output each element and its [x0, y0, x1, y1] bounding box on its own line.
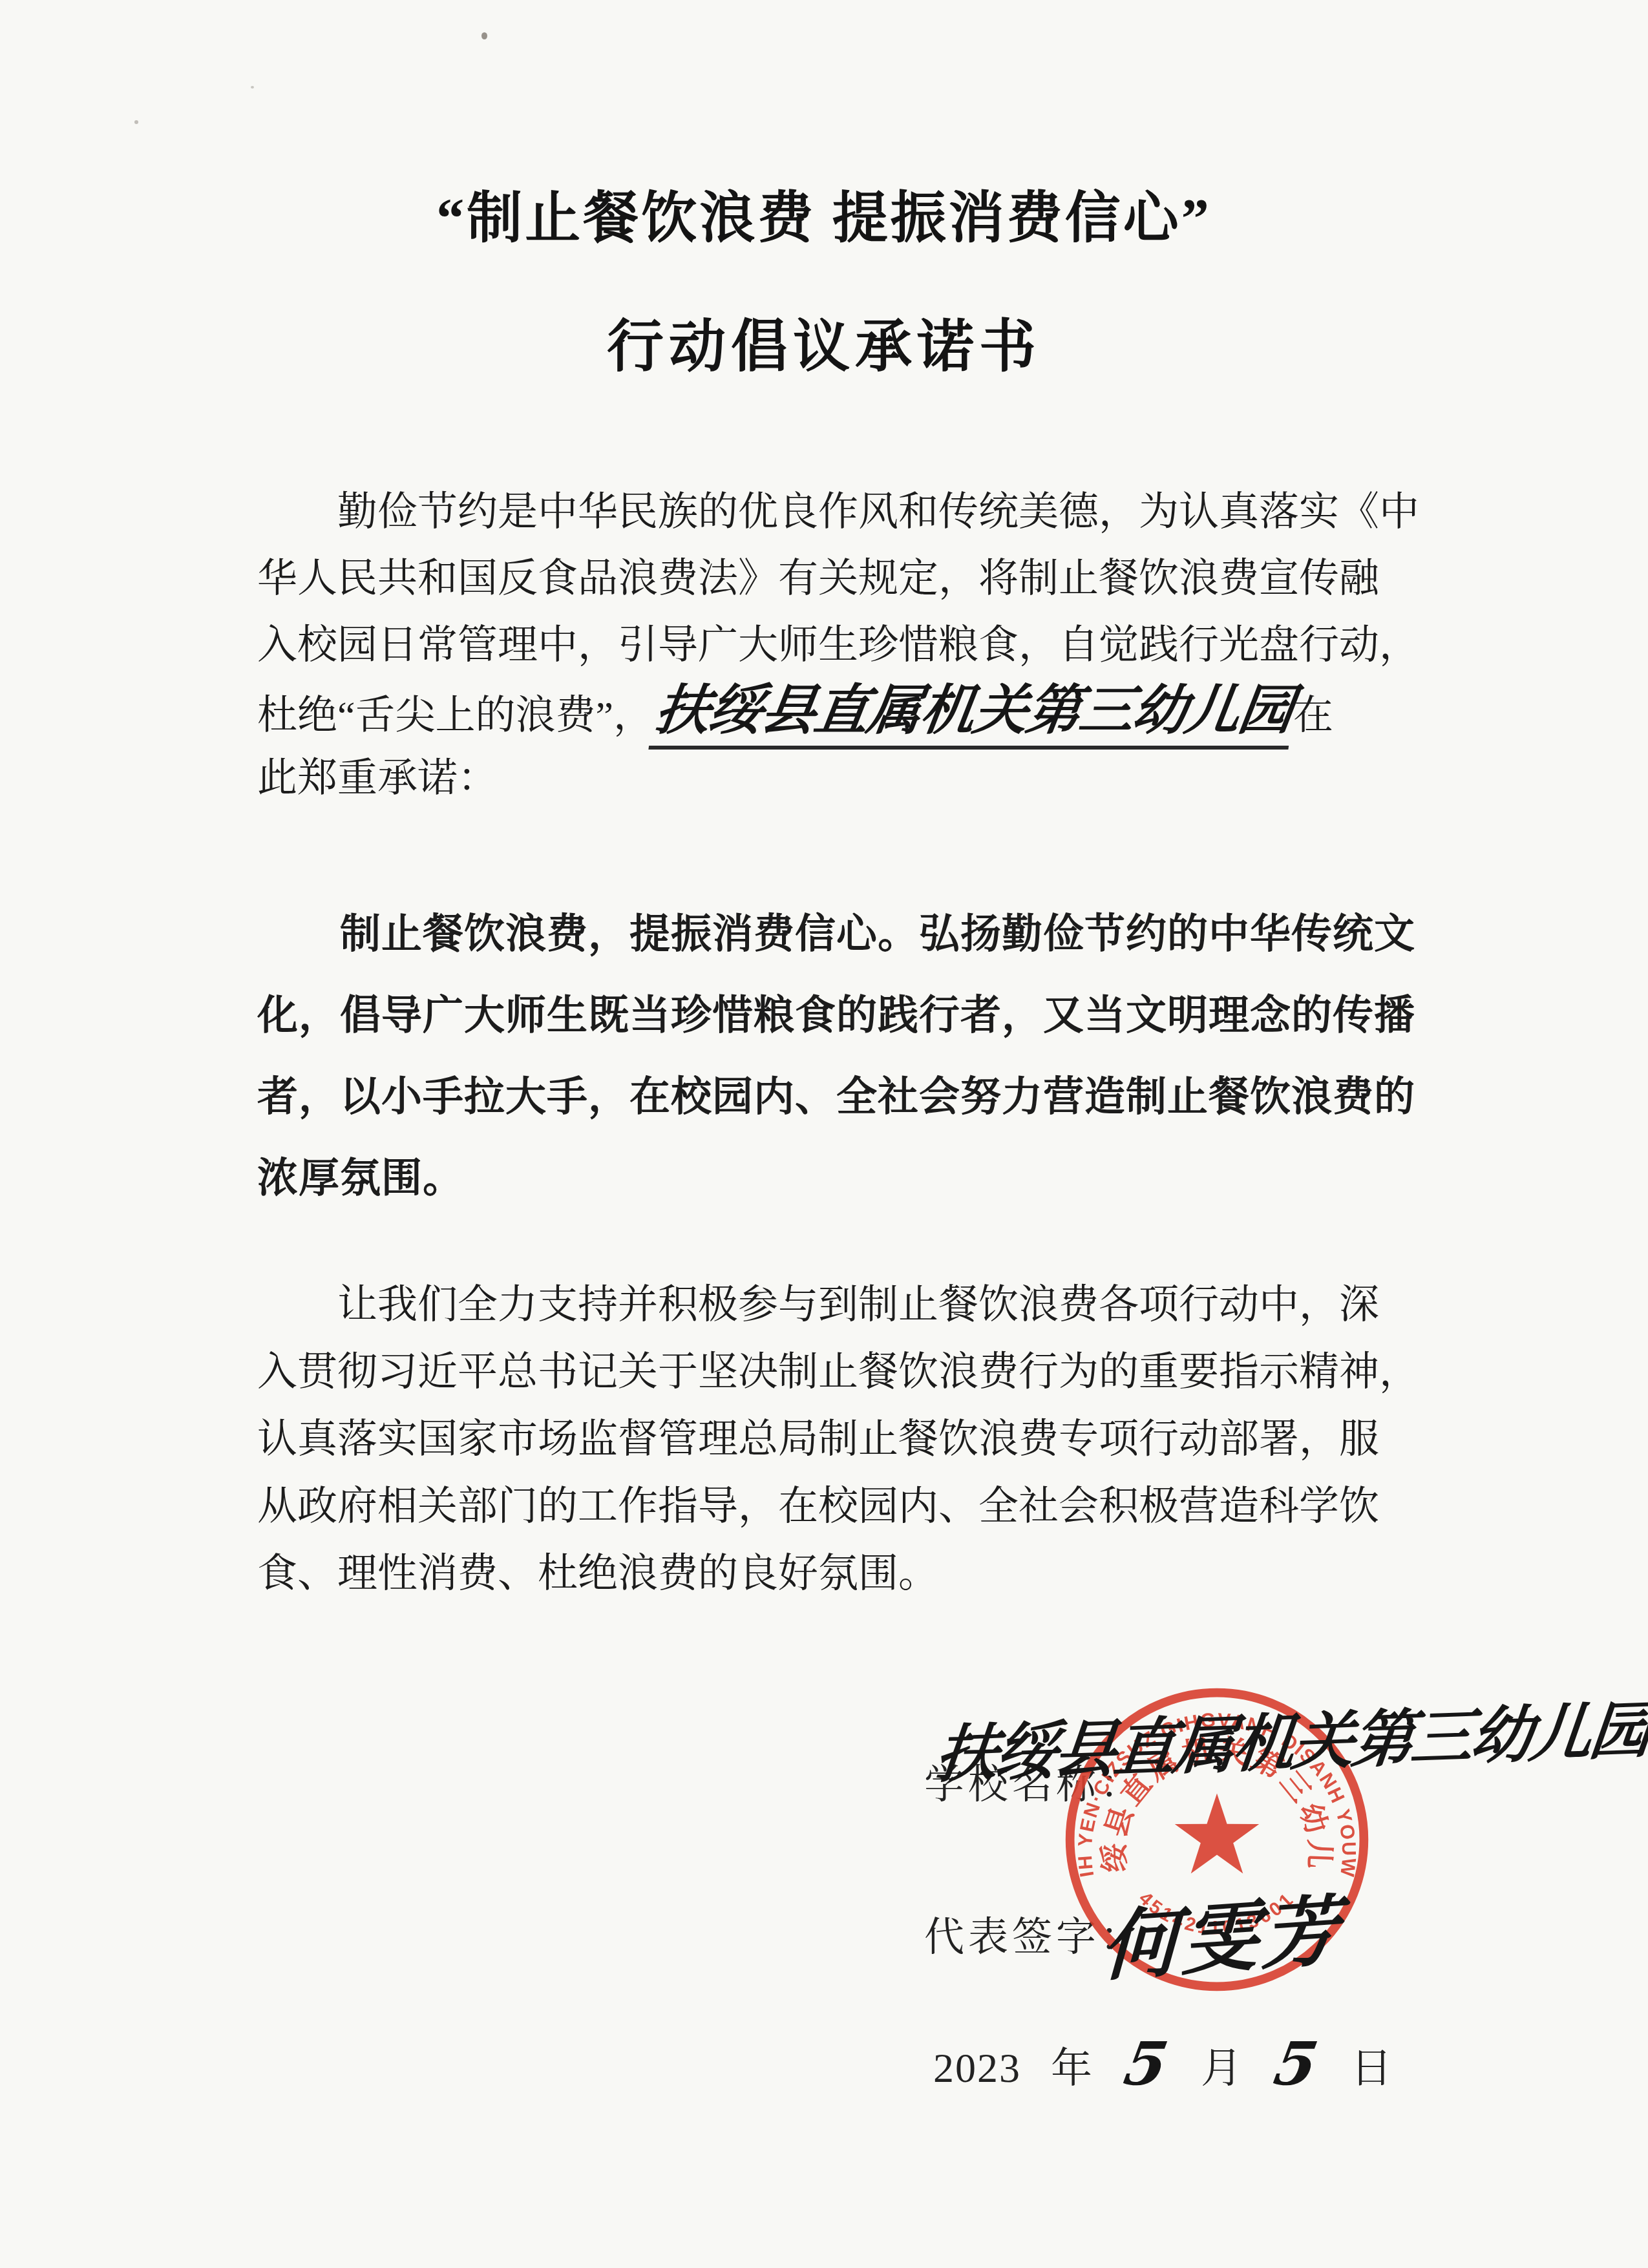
paragraph-pledge-bold: 制止餐饮浪费，提振消费信心。弘扬勤俭节约的中华传统文化，倡导广大师生既当珍惜粮食…	[257, 893, 1427, 1219]
text-line: 勤俭节约是中华民族的优良作风和传统美德，为认真落实《中	[257, 479, 1427, 546]
red-star-icon	[1175, 1793, 1260, 1873]
text-line: 食、理性消费、杜绝浪费的良好氛围。	[257, 1540, 1427, 1608]
line4-suffix: 在	[1293, 694, 1333, 738]
text-line: 制止餐饮浪费，提振消费信心。弘扬勤俭节约的中华传统文	[257, 893, 1427, 974]
text-line: 入贯彻习近平总书记关于坚决制止餐饮浪费行为的重要指示精神，	[257, 1339, 1427, 1406]
scanned-pledge-document: “制止餐饮浪费 提振消费信心” 行动倡议承诺书 勤俭节约是中华民族的优良作风和传…	[0, 0, 1648, 2268]
paragraph-intro: 勤俭节约是中华民族的优良作风和传统美德，为认真落实《中华人民共和国反食品浪费法》…	[257, 479, 1427, 812]
text-line: 让我们全力支持并积极参与到制止餐饮浪费各项行动中，深	[257, 1272, 1427, 1339]
line-promise: 此郑重承诺：	[257, 746, 1427, 812]
school-name-handwritten-footer: 扶绥县直属机关第三幼儿园	[931, 1681, 1648, 1803]
text-line: 者，以小手拉大手，在校园内、全社会努力营造制止餐饮浪费的	[257, 1056, 1427, 1137]
date-month-unit: 月	[1201, 2045, 1243, 2091]
text-line: 浓厚氛围。	[257, 1137, 1427, 1219]
line-with-blank: 杜绝“舌尖上的浪费”，扶绥县直属机关第三幼儿园在	[257, 679, 1427, 746]
school-name-handwritten-inline: 扶绥县直属机关第三幼儿园	[648, 679, 1298, 750]
text-line: 从政府相关部门的工作指导，在校园内、全社会积极营造科学饮	[257, 1473, 1427, 1540]
scan-speck	[481, 32, 487, 39]
paragraph-action: 让我们全力支持并积极参与到制止餐饮浪费各项行动中，深入贯彻习近平总书记关于坚决制…	[257, 1272, 1427, 1608]
date-day-unit: 日	[1351, 2045, 1393, 2091]
document-title: “制止餐饮浪费 提振消费信心”	[0, 173, 1648, 253]
line4-prefix: 杜绝“舌尖上的浪费”，	[257, 694, 653, 738]
date-month-handwritten: 5	[1119, 2032, 1174, 2096]
date-line: 2023 年 5 月 5 日	[924, 2029, 1402, 2101]
paragraph-intro-lines: 勤俭节约是中华民族的优良作风和传统美德，为认真落实《中华人民共和国反食品浪费法》…	[257, 479, 1427, 679]
text-line: 认真落实国家市场监督管理总局制止餐饮浪费专项行动部署，服	[257, 1406, 1427, 1473]
scan-speck	[134, 120, 138, 124]
scan-speck	[251, 86, 254, 89]
text-line: 化，倡导广大师生既当珍惜粮食的践行者，又当文明理念的传播	[257, 974, 1427, 1056]
date-year-unit: 年	[1051, 2045, 1093, 2091]
document-subtitle: 行动倡议承诺书	[0, 301, 1648, 383]
text-line: 入校园日常管理中，引导广大师生珍惜粮食，自觉践行光盘行动，	[257, 613, 1427, 679]
representative-signature-handwritten: 何雯芳	[1100, 1875, 1344, 2002]
date-year: 2023	[933, 2045, 1021, 2091]
text-line: 华人民共和国反食品浪费法》有关规定，将制止餐饮浪费宣传融	[257, 546, 1427, 613]
date-day-handwritten: 5	[1269, 2032, 1324, 2096]
